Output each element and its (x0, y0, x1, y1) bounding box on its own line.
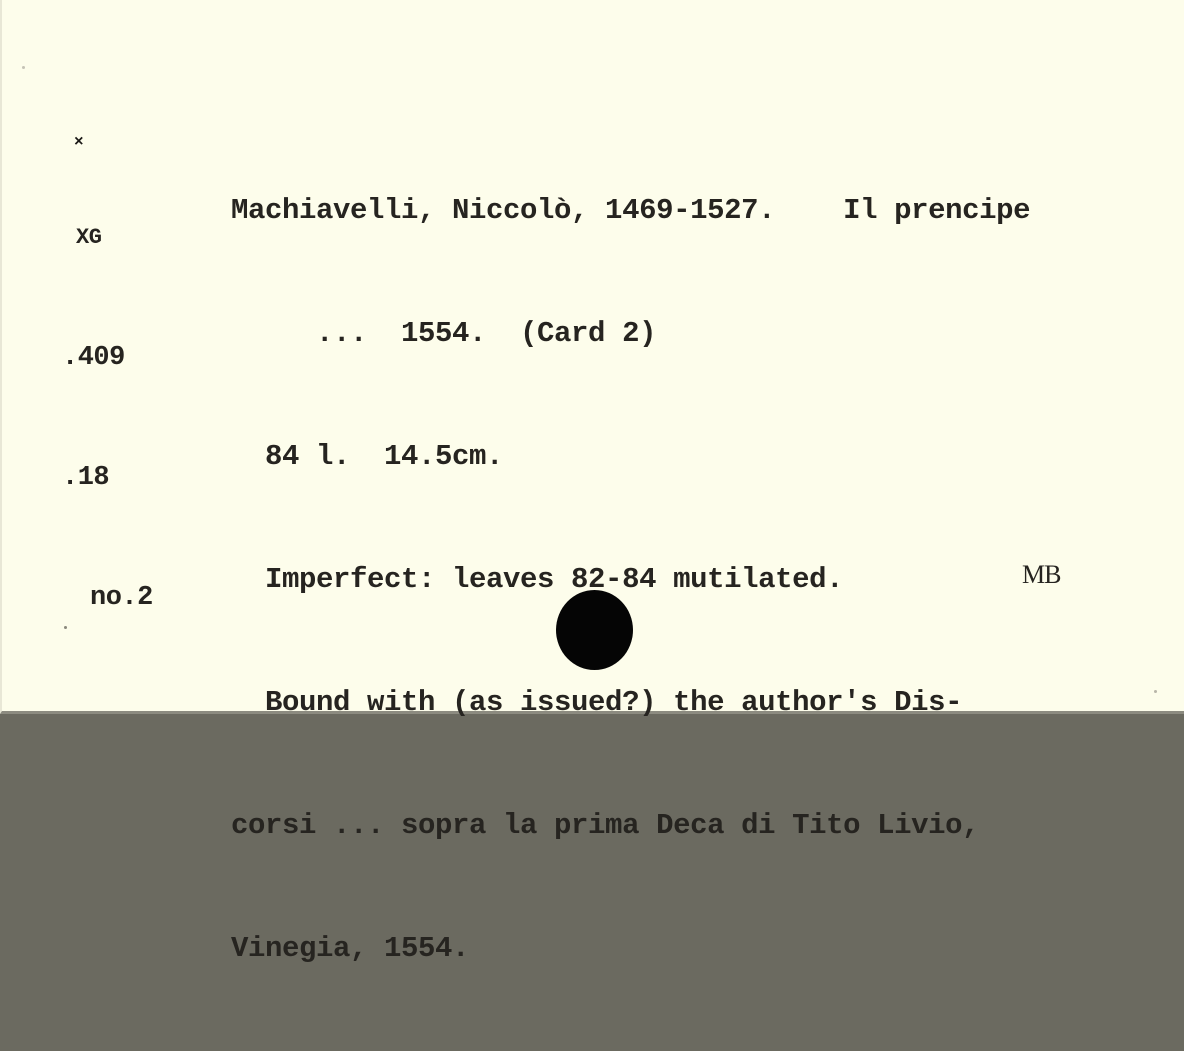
paper-speck (1154, 690, 1157, 693)
paper-speck (22, 66, 25, 69)
entry-heading-line: Machiavelli, Niccolò, 1469-1527. Il pren… (231, 190, 1030, 231)
entry-collation-line: 84 l. 14.5cm. (231, 436, 1030, 477)
entry-note-line: Bound with (as issued?) the author's Dis… (231, 682, 1030, 718)
call-number-line: no.2 (62, 578, 153, 618)
call-number-line: .409 (62, 338, 153, 378)
call-number: XG .409 .18 no.2 (62, 138, 153, 698)
cataloger-initials: MB (1022, 560, 1060, 590)
catalog-card: × XG .409 .18 no.2 Machiavelli, Niccolò,… (0, 0, 1184, 714)
call-number-line: XG (62, 218, 153, 258)
paper-speck (64, 626, 67, 629)
entry-note-line: Imperfect: leaves 82-84 mutilated. (231, 559, 1030, 600)
punch-hole (556, 590, 633, 670)
entry-imprint-line: ... 1554. (Card 2) (231, 313, 1030, 354)
call-number-line: .18 (62, 458, 153, 498)
